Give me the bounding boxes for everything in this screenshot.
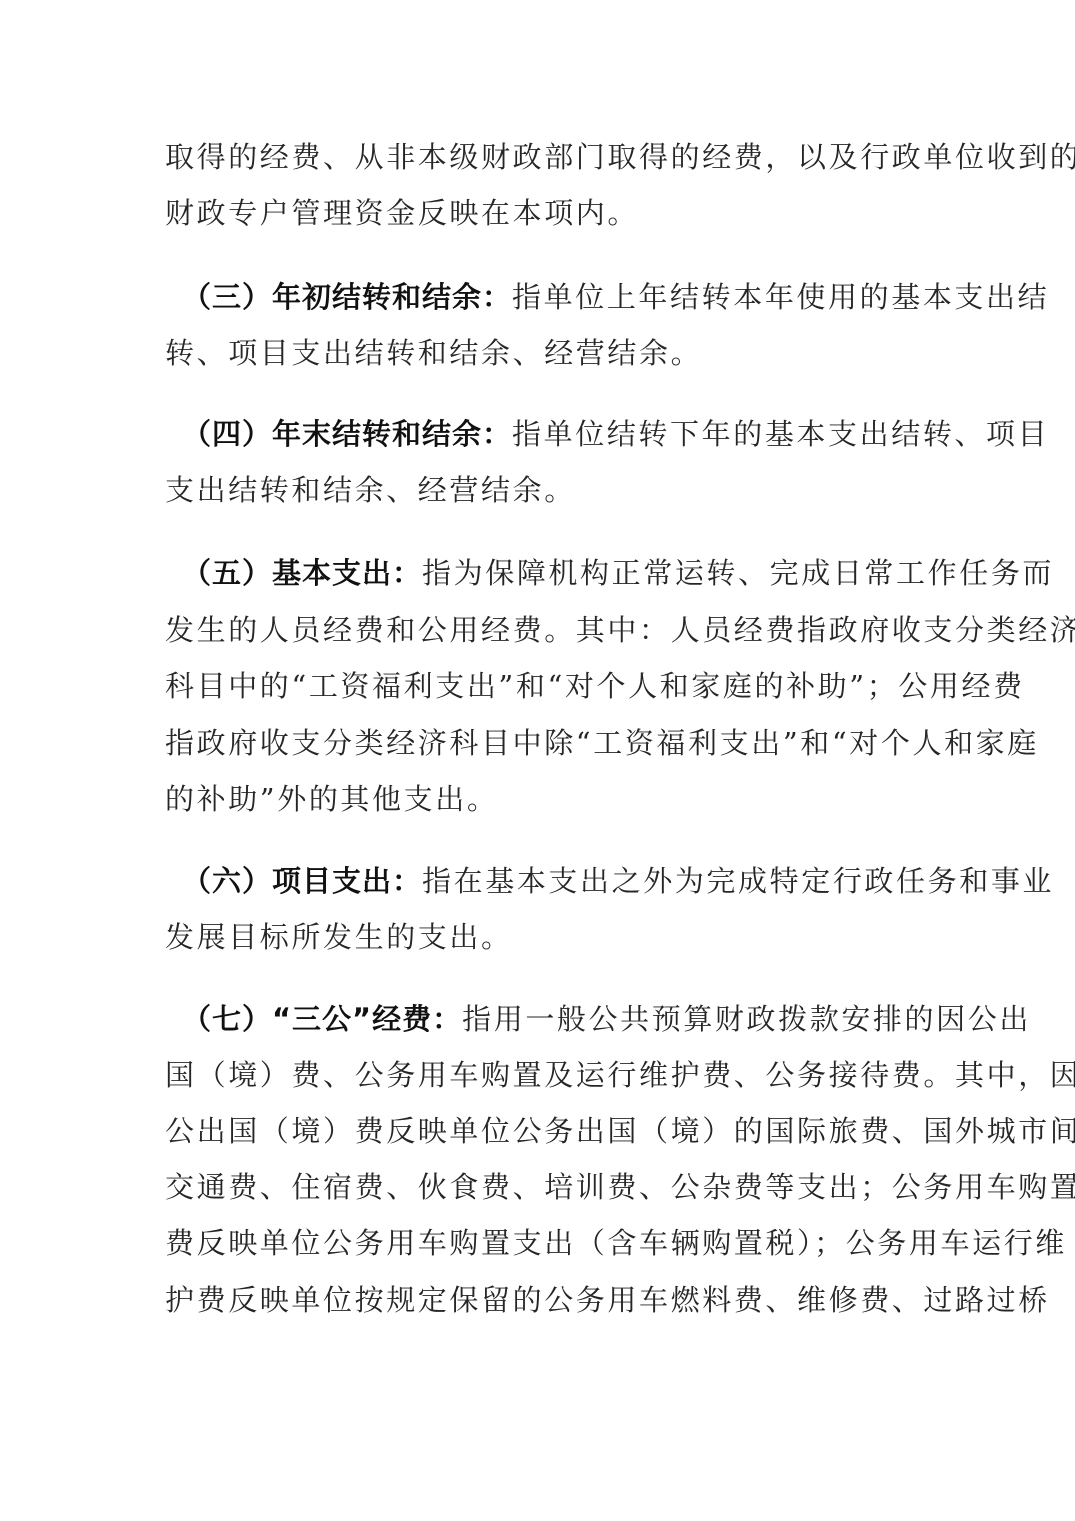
section-heading-4: （四）年末结转和结余： bbox=[182, 417, 512, 451]
paragraph-line: （五）基本支出：指为保障机构正常运转、完成日常工作任务而 bbox=[182, 553, 922, 593]
section-heading-7: （七）“三公”经费： bbox=[182, 1002, 462, 1036]
paragraph-line: 科目中的“工资福利支出”和“对个人和家庭的补助”；公用经费 bbox=[165, 666, 905, 706]
body-text: 指用一般公共预算财政拨款安排的因公出 bbox=[462, 1002, 1031, 1036]
paragraph-line: 国（境）费、公务用车购置及运行维护费、公务接待费。其中，因 bbox=[165, 1055, 905, 1095]
body-text: 指在基本支出之外为完成特定行政任务和事业 bbox=[422, 864, 1054, 898]
body-text: 交通费、住宿费、伙食费、培训费、公杂费等支出；公务用车购置 bbox=[165, 1170, 1075, 1204]
section-heading-3: （三）年初结转和结余： bbox=[182, 280, 512, 314]
paragraph-line: 财政专户管理资金反映在本项内。 bbox=[165, 193, 905, 233]
body-text: 指为保障机构正常运转、完成日常工作任务而 bbox=[422, 556, 1054, 590]
body-text: 护费反映单位按规定保留的公务用车燃料费、维修费、过路过桥 bbox=[165, 1283, 1050, 1317]
body-text: 费反映单位公务用车购置支出（含车辆购置税）；公务用车运行维 bbox=[165, 1226, 1067, 1260]
body-text: 指单位结转下年的基本支出结转、项目 bbox=[512, 417, 1049, 451]
body-text: 公出国（境）费反映单位公务出国（境）的国际旅费、国外城市间 bbox=[165, 1114, 1075, 1148]
body-text: 科目中的“工资福利支出”和“对个人和家庭的补助”；公用经费 bbox=[165, 669, 1025, 703]
paragraph-line: 转、项目支出结转和结余、经营结余。 bbox=[165, 333, 905, 373]
body-text: 发展目标所发生的支出。 bbox=[165, 920, 513, 954]
paragraph-line: 支出结转和结余、经营结余。 bbox=[165, 470, 905, 510]
section-heading-6: （六）项目支出： bbox=[182, 864, 422, 898]
body-text: 财政专户管理资金反映在本项内。 bbox=[165, 196, 639, 230]
paragraph-line: 发展目标所发生的支出。 bbox=[165, 917, 905, 957]
paragraph-line: 公出国（境）费反映单位公务出国（境）的国际旅费、国外城市间 bbox=[165, 1111, 905, 1151]
body-text: 转、项目支出结转和结余、经营结余。 bbox=[165, 336, 702, 370]
body-text: 的补助”外的其他支出。 bbox=[165, 782, 498, 816]
document-page: 取得的经费、从非本级财政部门取得的经费，以及行政单位收到的 财政专户管理资金反映… bbox=[0, 0, 1075, 1521]
paragraph-line: （四）年末结转和结余：指单位结转下年的基本支出结转、项目 bbox=[182, 414, 922, 454]
paragraph-line: 指政府收支分类经济科目中除“工资福利支出”和“对个人和家庭 bbox=[165, 723, 905, 763]
paragraph-line: （六）项目支出：指在基本支出之外为完成特定行政任务和事业 bbox=[182, 861, 922, 901]
paragraph-line: 交通费、住宿费、伙食费、培训费、公杂费等支出；公务用车购置 bbox=[165, 1167, 905, 1207]
body-text: 指政府收支分类经济科目中除“工资福利支出”和“对个人和家庭 bbox=[165, 726, 1039, 760]
section-heading-5: （五）基本支出： bbox=[182, 556, 422, 590]
paragraph-line: 护费反映单位按规定保留的公务用车燃料费、维修费、过路过桥 bbox=[165, 1280, 905, 1320]
body-text: 指单位上年结转本年使用的基本支出结 bbox=[512, 280, 1049, 314]
body-text: 取得的经费、从非本级财政部门取得的经费，以及行政单位收到的 bbox=[165, 140, 1075, 174]
body-text: 支出结转和结余、经营结余。 bbox=[165, 473, 576, 507]
paragraph-line: 费反映单位公务用车购置支出（含车辆购置税）；公务用车运行维 bbox=[165, 1223, 905, 1263]
paragraph-line: 取得的经费、从非本级财政部门取得的经费，以及行政单位收到的 bbox=[165, 137, 905, 177]
paragraph-line: （七）“三公”经费：指用一般公共预算财政拨款安排的因公出 bbox=[182, 999, 922, 1039]
paragraph-line: 的补助”外的其他支出。 bbox=[165, 779, 905, 819]
body-text: 国（境）费、公务用车购置及运行维护费、公务接待费。其中，因 bbox=[165, 1058, 1075, 1092]
paragraph-line: 发生的人员经费和公用经费。其中：人员经费指政府收支分类经济 bbox=[165, 610, 905, 650]
paragraph-line: （三）年初结转和结余：指单位上年结转本年使用的基本支出结 bbox=[182, 277, 922, 317]
body-text: 发生的人员经费和公用经费。其中：人员经费指政府收支分类经济 bbox=[165, 613, 1075, 647]
